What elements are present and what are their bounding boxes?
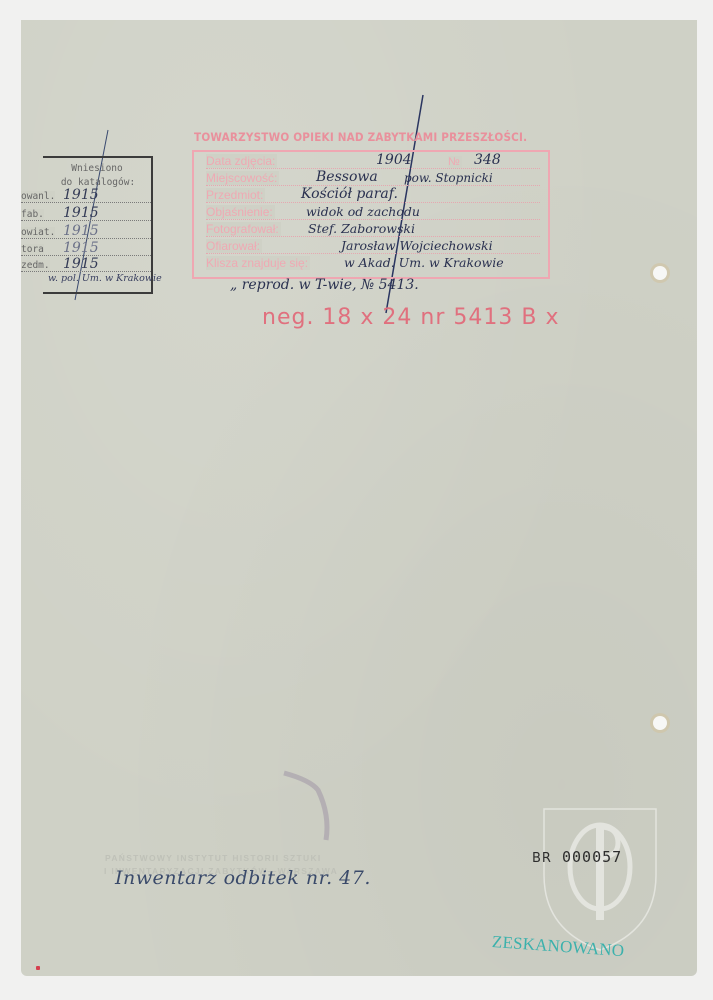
catalogue-row: owiat. 1915 (21, 224, 151, 239)
catalogue-label: owiat. (21, 227, 55, 238)
catalogue-year: 1915 (63, 240, 99, 256)
society-stamp-box: Data zdjęcia: 1904 № 348 Miejscowość: Be… (192, 150, 550, 279)
stamp-label: Klisza znajduje się: (206, 256, 310, 270)
catalogue-label: fab. (21, 209, 44, 220)
inventory-prefix: BR (532, 851, 552, 866)
district: pow. Stopnicki (404, 171, 493, 185)
photo-date: 1904 (376, 152, 412, 168)
description: widok od zachodu (306, 204, 420, 219)
stamp-row-date: Data zdjęcia: 1904 № 348 (206, 151, 540, 169)
society-stamp-title: TOWARZYSTWO OPIEKI NAD ZABYTKAMI PRZESZŁ… (194, 130, 554, 144)
photographer: Stef. Zaborowski (308, 221, 415, 236)
catalogue-row: fab. 1915 (21, 206, 151, 221)
catalogue-row: owanl. 1915 (21, 188, 151, 203)
stamp-label: Ofiarował: (206, 239, 262, 253)
stamp-row-plate-location: Klisza znajduje się: w Akad. Um. w Krako… (206, 253, 540, 270)
stamp-label: Objaśnienie: (206, 205, 275, 219)
negative-note: neg. 18 x 24 nr 5413 B x (262, 305, 560, 330)
catalogue-row: zedm. 1915 (21, 257, 151, 272)
catalogue-label: owanl. (21, 191, 55, 202)
library-watermark-icon (540, 805, 660, 955)
plate-location: w Akad. Um. w Krakowie (344, 255, 504, 270)
catalogue-label: tora (21, 244, 44, 255)
catalogue-year: 1915 (63, 205, 99, 221)
stamp-row-donor: Ofiarował: Jarosław Wojciechowski (206, 236, 540, 254)
subject: Kościół paraf. (301, 186, 398, 202)
donor: Jarosław Wojciechowski (341, 238, 493, 253)
stamp-row-photographer: Fotografował: Stef. Zaborowski (206, 219, 540, 237)
stamp-label: Miejscowość: (206, 171, 279, 185)
place: Bessowa (316, 169, 378, 185)
catalogue-row: tora 1915 (21, 241, 151, 256)
stamp-label: Przedmiot: (206, 188, 265, 202)
photo-number: 348 (474, 152, 501, 168)
stamp-row-description: Objaśnienie: widok od zachodu (206, 202, 540, 220)
stamp-row-subject: Przedmiot: Kościół paraf. (206, 185, 540, 203)
catalogue-label: zedm. (21, 260, 50, 271)
catalogue-heading-1: Wniesiono (42, 163, 152, 174)
catalogue-year: 1915 (63, 256, 99, 272)
catalogue-year: 1915 (63, 187, 99, 203)
red-mark (36, 966, 40, 970)
stamp-row-place: Miejscowość: Bessowa pow. Stopnicki (206, 168, 540, 186)
catalogue-year: 1915 (63, 223, 99, 239)
number-sign: № (448, 156, 462, 168)
stamp-label: Data zdjęcia: (206, 154, 277, 168)
stamp-label: Fotografował: (206, 222, 281, 236)
reproduction-note: „ reprod. w T-wie, № 5413. (230, 277, 419, 293)
inventory-digits: 000057 (562, 848, 622, 866)
catalogue-last-line: w. pol. Um. w Krakowie (48, 273, 162, 284)
inventory-note: Inwentarz odbitek nr. 47. (115, 867, 371, 889)
inventory-number: BR 000057 (532, 848, 622, 866)
institute-stamp-line1: PAŃSTWOWY INSTYTUT HISTORII SZTUKI (105, 853, 322, 863)
